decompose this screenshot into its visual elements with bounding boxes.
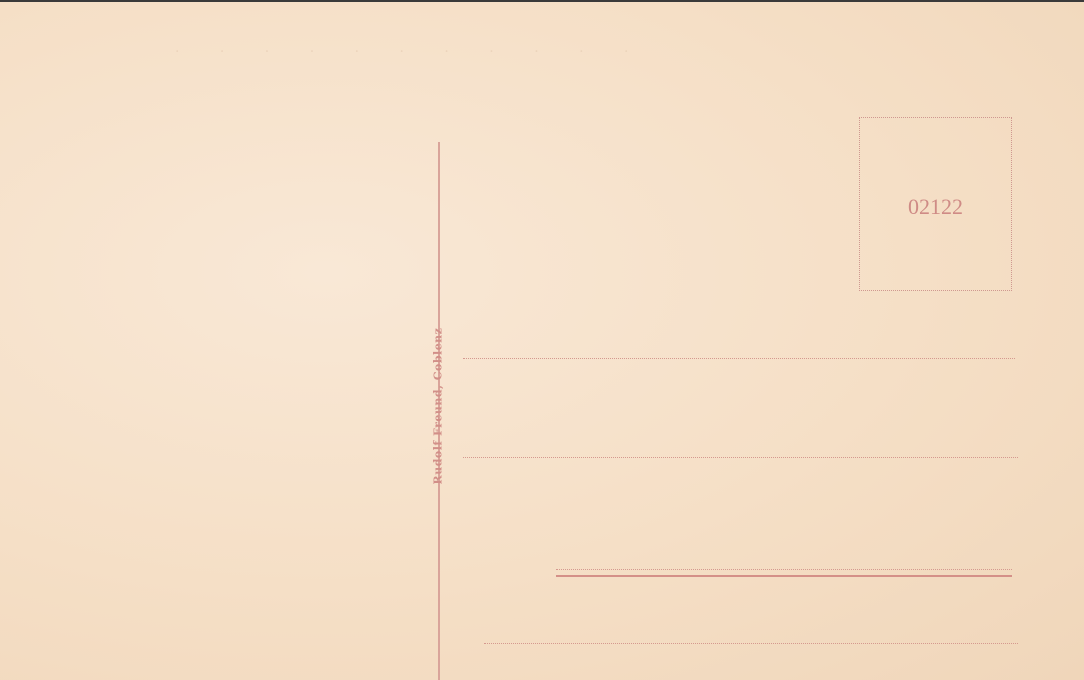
address-line-4 <box>484 643 1018 644</box>
publisher-text: Rudolf Freund, Coblenz <box>432 327 445 484</box>
address-line-1 <box>463 358 1015 359</box>
postcard-back: · · · · · · · · · · · Rudolf Freund, Cob… <box>0 0 1084 680</box>
stamp-box: 02122 <box>859 117 1012 291</box>
address-line-3 <box>556 575 1012 577</box>
faded-header-text: · · · · · · · · · · · <box>175 44 695 64</box>
publisher-imprint: Rudolf Freund, Coblenz <box>418 318 458 493</box>
address-line-2 <box>463 457 1018 458</box>
scan-edge <box>0 0 1084 2</box>
address-line-3-dotted <box>556 569 1012 570</box>
stamp-box-number: 02122 <box>860 194 1011 220</box>
